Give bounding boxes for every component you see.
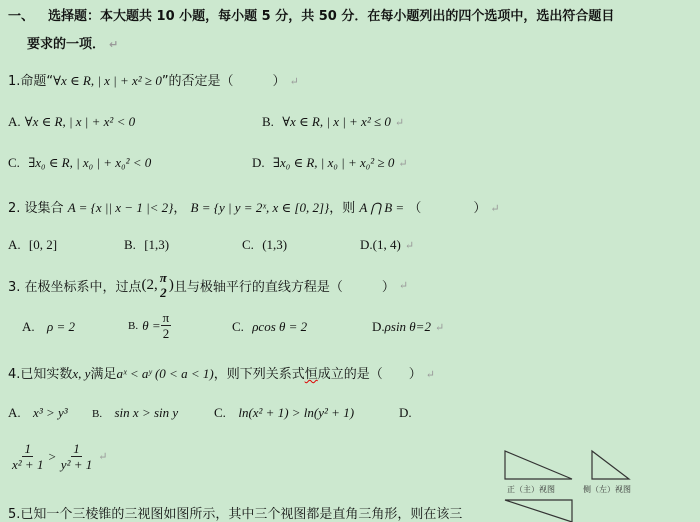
- q4-option-d-label[interactable]: D.: [399, 405, 412, 421]
- q1-option-c[interactable]: C. ∃x₀ ∈ R, | x₀ | + x₀² < 0: [8, 155, 151, 171]
- q3-option-b[interactable]: B. θ = π 2: [128, 311, 171, 340]
- return-mark-icon: ↵: [290, 75, 299, 88]
- q1-stem-math: ∀x ∈ R, | x | + x² ≥ 0: [53, 73, 162, 88]
- q2-option-a[interactable]: A. [0, 2]: [8, 237, 57, 253]
- q4-option-d-math[interactable]: 1 x² + 1 > 1 y² + 1 ↵: [10, 442, 107, 471]
- top-view-triangle: [505, 500, 572, 522]
- section-heading-line1: 选择题：本大题共 10 小题，每小题 5 分，共 50 分．在每小题列出的四个选…: [48, 5, 614, 24]
- q1-option-b[interactable]: B. ∀x ∈ R, | x | + x² ≤ 0↵: [262, 114, 404, 130]
- return-mark-icon: ↵: [398, 157, 407, 170]
- return-mark-icon: ↵: [399, 279, 408, 292]
- question-1: 1.命题“∀x ∈ R, | x | + x² ≥ 0”的否定是（ ）↵: [8, 70, 299, 89]
- front-view-triangle: [505, 451, 572, 479]
- question-5: 5.已知一个三棱锥的三视图如图所示，其中三个视图都是直角三角形，则在该三: [8, 503, 462, 522]
- q1-option-a[interactable]: A. ∀x ∈ R, | x | + x² < 0: [8, 114, 135, 130]
- q4-option-b[interactable]: B. sin x > sin y: [92, 405, 178, 421]
- q4-option-a[interactable]: A. x³ > y³: [8, 405, 68, 421]
- section-heading-line2: 要求的一项．↵: [27, 33, 118, 52]
- side-view-triangle: [592, 451, 629, 479]
- q2-option-c[interactable]: C. (1,3): [242, 237, 287, 253]
- return-mark-icon: ↵: [426, 368, 435, 381]
- section-number: 一、: [8, 5, 34, 24]
- q3-option-a[interactable]: A. ρ = 2: [22, 319, 75, 335]
- return-mark-icon: ↵: [109, 38, 118, 51]
- return-mark-icon: ↵: [490, 202, 499, 215]
- return-mark-icon: ↵: [435, 321, 444, 334]
- question-4: 4.已知实数x, y满足aˣ < aʸ (0 < a < 1)，则下列关系式恒成…: [8, 363, 435, 382]
- return-mark-icon: ↵: [98, 450, 107, 463]
- spellcheck-underline: 恒: [305, 367, 318, 382]
- q3-option-d[interactable]: D.ρsin θ=2↵: [372, 319, 444, 335]
- q2-option-d[interactable]: D.(1, 4)↵: [360, 237, 414, 253]
- side-view-label: 侧（左）视图: [583, 484, 631, 495]
- q4-option-c[interactable]: C. ln(x² + 1) > ln(y² + 1): [214, 405, 354, 421]
- q3-option-c[interactable]: C. ρcos θ = 2: [232, 319, 307, 335]
- q1-option-d[interactable]: D. ∃x₀ ∈ R, | x₀ | + x₀² ≥ 0↵: [252, 155, 408, 171]
- q2-option-b[interactable]: B. [1,3): [124, 237, 169, 253]
- pi-over-2-fraction: π 2: [158, 271, 169, 299]
- question-3: 3. 在极坐标系中，过点 (2, π 2 ) 且与极轴平行的直线方程是（ ）↵: [8, 271, 408, 299]
- question-2: 2. 设集合 A = {x || x − 1 |< 2}， B = {y | y…: [8, 197, 500, 216]
- return-mark-icon: ↵: [405, 239, 414, 252]
- front-view-label: 正（主）视图: [507, 484, 555, 495]
- return-mark-icon: ↵: [395, 116, 404, 129]
